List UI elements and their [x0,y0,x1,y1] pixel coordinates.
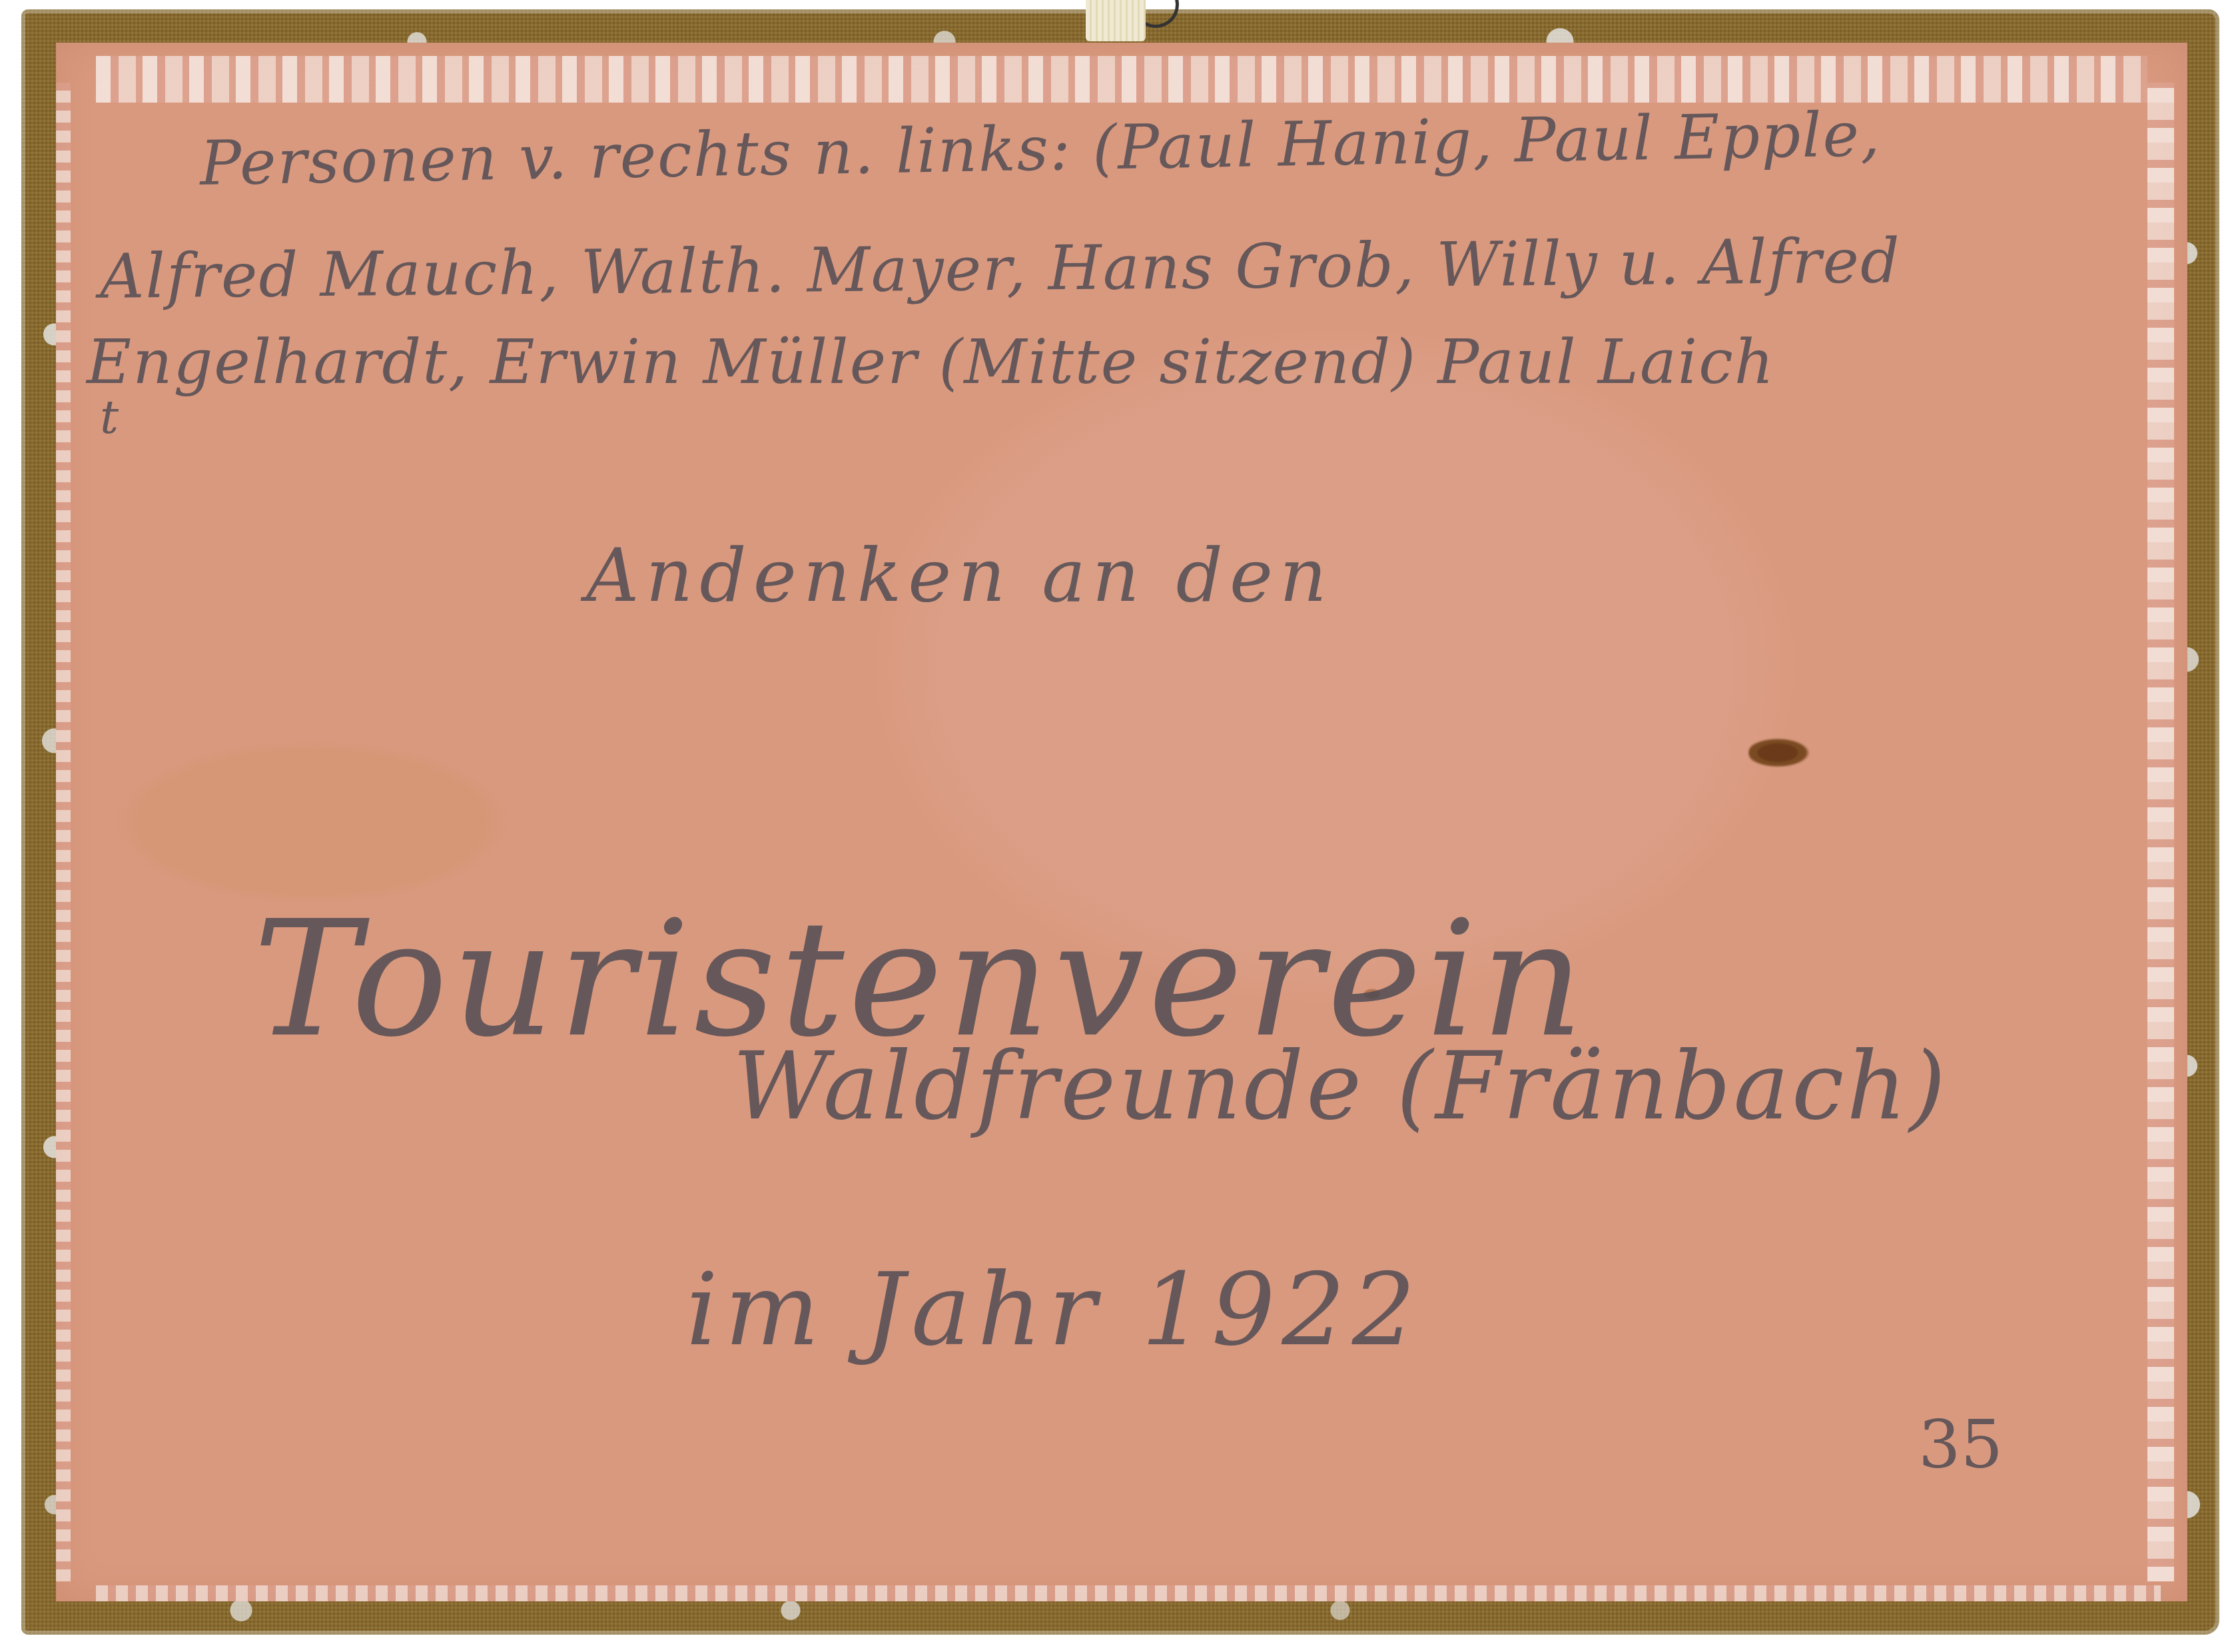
caption-line-3-continuation: t [100,390,120,444]
dedication-year: im Jahr 1922 [686,1252,1422,1368]
glue-residue-right [2147,83,2174,1581]
hanging-ribbon [1086,0,1146,41]
glue-residue-bottom [96,1585,2161,1601]
dedication-group-name: Waldfreunde (Fränbach) [733,1032,1948,1141]
page-number: 35 [1918,1406,2003,1483]
caption-line-3: Engelhardt, Erwin Müller (Mitte sitzend)… [87,326,1775,398]
brown-stain [1748,733,1822,773]
dedication-line-1: Andenken an den [586,533,1333,618]
glue-residue-left [56,83,71,1581]
glue-residue-top [96,56,2147,103]
